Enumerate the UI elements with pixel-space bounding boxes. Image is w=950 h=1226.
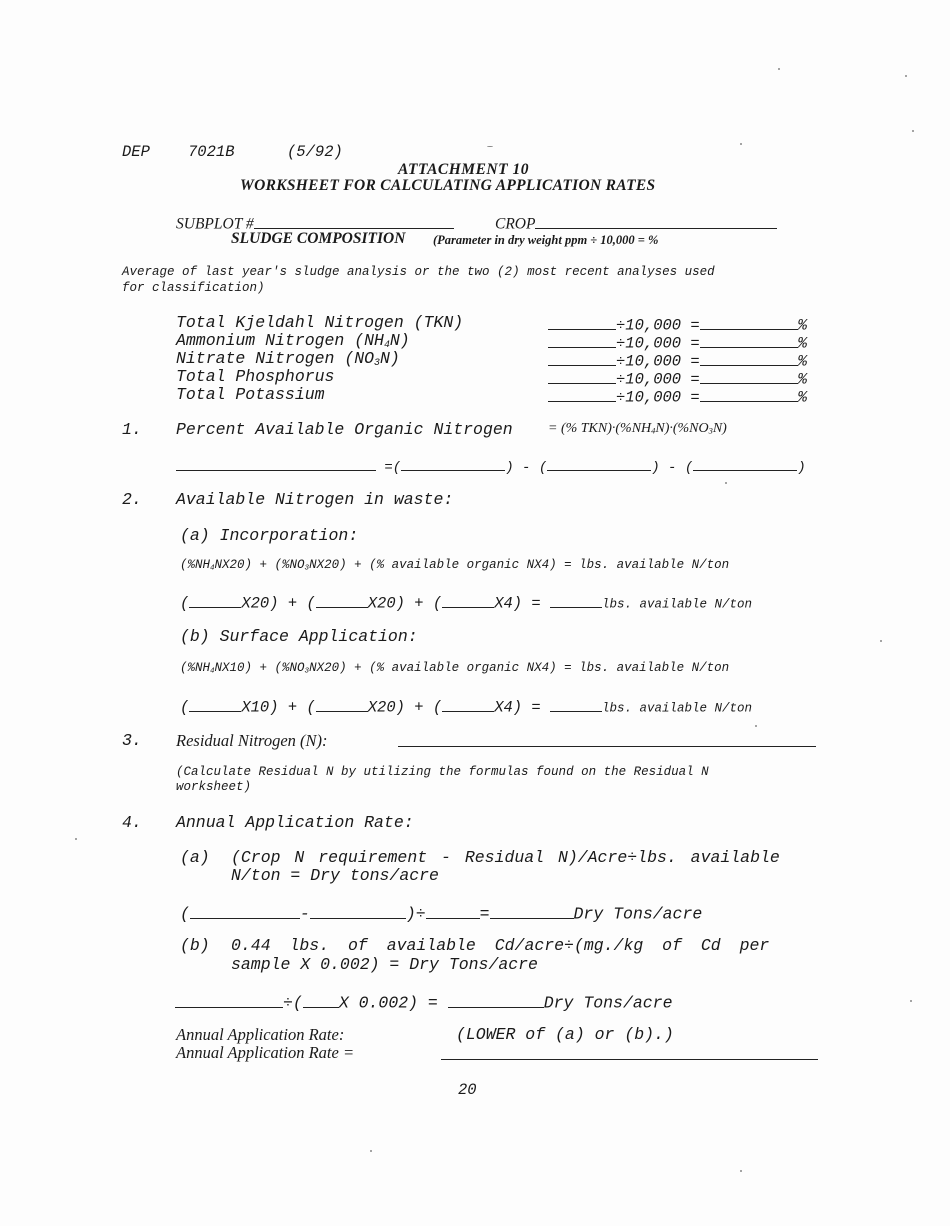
subplot-input[interactable] — [254, 212, 454, 229]
scan-speck — [778, 68, 780, 70]
row-potassium-label: Total Potassium — [176, 385, 325, 404]
crop-label: CROP — [495, 216, 535, 233]
form-date: (5/92) — [287, 143, 343, 161]
scan-speck — [880, 640, 882, 642]
surface-no3-input[interactable] — [316, 695, 368, 712]
scan-speck — [905, 75, 907, 77]
minus: ) - ( — [505, 460, 547, 476]
nh4-ppm-input[interactable] — [548, 331, 616, 348]
scan-speck — [75, 838, 77, 840]
phosphorus-percent-input[interactable] — [700, 367, 798, 384]
scan-speck — [370, 1150, 372, 1152]
scan-speck — [725, 482, 727, 484]
surface-calc: (X10) + (X20) + (X4) = lbs. available N/… — [180, 695, 752, 717]
x20-term: X20) — [368, 595, 405, 613]
residual-input[interactable] — [310, 901, 406, 919]
section2-number: 2. — [122, 490, 142, 509]
close-paren: ) — [797, 460, 805, 476]
form-id: DEP — [122, 143, 150, 161]
section1-number: 1. — [122, 420, 142, 439]
section4b-tag: (b) — [180, 936, 210, 955]
result-unit: lbs. available N/ton — [602, 598, 752, 612]
section3-title: Residual Nitrogen (N): — [176, 731, 328, 751]
section3-note-line2: worksheet) — [176, 780, 251, 794]
minus: ) - ( — [651, 460, 693, 476]
row-potassium-calc: ÷10,000 =% — [548, 385, 807, 407]
equals: =( — [384, 460, 401, 476]
section4b-calc: ÷(X 0.002) = Dry Tons/acre — [175, 990, 672, 1013]
row-no3-label: Nitrate Nitrogen (NO3N) — [176, 349, 400, 368]
rate-a-input[interactable] — [490, 901, 574, 919]
section4b-line2: sample X 0.002) = Dry Tons/acre — [231, 955, 538, 974]
section1-formula: = (% TKN)·(%NH4N)·(%NO3N) — [548, 421, 727, 437]
composition-note: (Parameter in dry weight ppm ÷ 10,000 = … — [433, 233, 658, 248]
scan-speck — [487, 146, 493, 147]
divisor: ÷10,000 = — [616, 389, 700, 407]
x20-term: X20) — [241, 595, 278, 613]
potassium-percent-input[interactable] — [700, 385, 798, 402]
section4a-tag: (a) — [180, 848, 210, 867]
no3-percent-input[interactable] — [700, 349, 798, 366]
no3-value-input[interactable] — [693, 456, 797, 471]
section4a-line1: (Crop N requirement - Residual N)/Acre÷l… — [231, 848, 780, 867]
section3-number: 3. — [122, 731, 142, 750]
composition-heading: SLUDGE COMPOSITION — [231, 230, 405, 248]
avg-note-line2: for classification) — [122, 281, 265, 295]
section4-title: Annual Application Rate: — [176, 813, 414, 832]
lower-label: Annual Application Rate: — [176, 1025, 344, 1045]
surface-application-label: (b) Surface Application: — [180, 627, 418, 646]
section4a-calc: (-)÷=Dry Tons/acre — [180, 901, 702, 924]
multiplier: X 0.002) = — [339, 994, 438, 1013]
x10-term: X10) — [241, 699, 278, 717]
crop-input[interactable] — [535, 212, 777, 229]
scan-speck — [910, 1000, 912, 1002]
section1-calc: =() - () - () — [176, 456, 806, 476]
row-nh4-label: Ammonium Nitrogen (NH4N) — [176, 331, 410, 350]
section4a-line2: N/ton = Dry tons/acre — [231, 866, 439, 885]
cd-available-input[interactable] — [175, 990, 283, 1008]
x20-term: X20) — [368, 699, 405, 717]
result-unit: lbs. available N/ton — [602, 702, 752, 716]
no3-ppm-input[interactable] — [548, 349, 616, 366]
scan-speck — [755, 725, 757, 727]
scan-speck — [740, 143, 742, 145]
scan-speck — [740, 1170, 742, 1172]
row-phosphorus-label: Total Phosphorus — [176, 367, 334, 386]
incorporation-calc: (X20) + (X20) + (X4) = lbs. available N/… — [180, 591, 752, 613]
crop-n-input[interactable] — [190, 901, 300, 919]
page-title: WORKSHEET FOR CALCULATING APPLICATION RA… — [240, 177, 655, 195]
form-number: 7021B — [188, 143, 235, 161]
incorp-organic-input[interactable] — [442, 591, 494, 608]
nh4-value-input[interactable] — [547, 456, 651, 471]
x4-term: X4) — [494, 595, 522, 613]
annual-rate-label: Annual Application Rate = — [176, 1043, 354, 1063]
tkn-ppm-input[interactable] — [548, 313, 616, 330]
incorporation-formula: (%NH4NX20) + (%NO3NX20) + (% available o… — [180, 558, 729, 573]
available-n-input[interactable] — [426, 901, 480, 919]
dry-tons-unit: Dry Tons/acre — [574, 905, 703, 924]
section3-note-line1: (Calculate Residual N by utilizing the f… — [176, 765, 709, 779]
avg-note-line1: Average of last year's sludge analysis o… — [122, 265, 715, 279]
percent-sign: % — [798, 389, 807, 407]
tkn-value-input[interactable] — [401, 456, 505, 471]
surface-nh4-input[interactable] — [189, 695, 241, 712]
incorp-no3-input[interactable] — [316, 591, 368, 608]
incorp-nh4-input[interactable] — [189, 591, 241, 608]
rate-b-input[interactable] — [448, 990, 544, 1008]
surface-result-input[interactable] — [550, 695, 602, 712]
section1-title: Percent Available Organic Nitrogen — [176, 420, 513, 439]
organic-n-result-input[interactable] — [176, 456, 376, 471]
crop-field: CROP — [495, 212, 777, 234]
section4-number: 4. — [122, 813, 142, 832]
x4-term: X4) — [494, 699, 522, 717]
incorp-result-input[interactable] — [550, 591, 602, 608]
nh4-percent-input[interactable] — [700, 331, 798, 348]
residual-n-input[interactable] — [398, 746, 816, 747]
surface-formula: (%NH4NX10) + (%NO3NX20) + (% available o… — [180, 661, 729, 676]
dry-tons-unit: Dry Tons/acre — [544, 994, 673, 1013]
section4b-line1: 0.44 lbs. of available Cd/acre÷(mg./kg o… — [231, 936, 769, 955]
cd-mgkg-input[interactable] — [303, 990, 339, 1008]
surface-organic-input[interactable] — [442, 695, 494, 712]
page-number: 20 — [458, 1081, 477, 1099]
annual-rate-input[interactable] — [441, 1059, 818, 1060]
section2-title: Available Nitrogen in waste: — [176, 490, 453, 509]
incorporation-label: (a) Incorporation: — [180, 526, 358, 545]
scan-speck — [912, 130, 914, 132]
potassium-ppm-input[interactable] — [548, 385, 616, 402]
lower-note: (LOWER of (a) or (b).) — [456, 1025, 674, 1044]
tkn-percent-input[interactable] — [700, 313, 798, 330]
phosphorus-ppm-input[interactable] — [548, 367, 616, 384]
row-tkn-label: Total Kjeldahl Nitrogen (TKN) — [176, 313, 463, 332]
